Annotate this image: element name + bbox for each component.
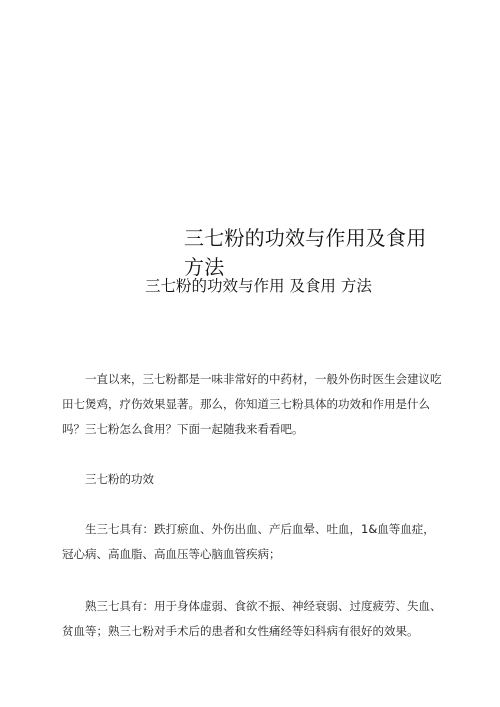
intro-paragraph: 一直以来，三七粉都是一味非常好的中药材，一般外伤时医生会建议吃田七煲鸡，疗伤效果… [62,367,442,442]
document-page: 三七粉的功效与作用及食用方法 三七粉的功效与作用 及食用 方法 一直以来，三七粉… [0,0,500,707]
section-heading-effects: 三七粉的功效 [62,467,442,492]
raw-sanqi-paragraph: 生三七具有：跌打瘀血、外伤出血、产后血晕、吐血，1&血等血症，冠心病、高血脂、高… [62,517,442,567]
document-title: 三七粉的功效与作用及食用方法 [184,224,434,282]
document-subtitle: 三七粉的功效与作用 及食用 方法 [145,275,372,297]
cooked-sanqi-paragraph: 熟三七具有：用于身体虚弱、食欲不振、神经衰弱、过度疲劳、失血、贫血等；熟三七粉对… [62,594,442,644]
